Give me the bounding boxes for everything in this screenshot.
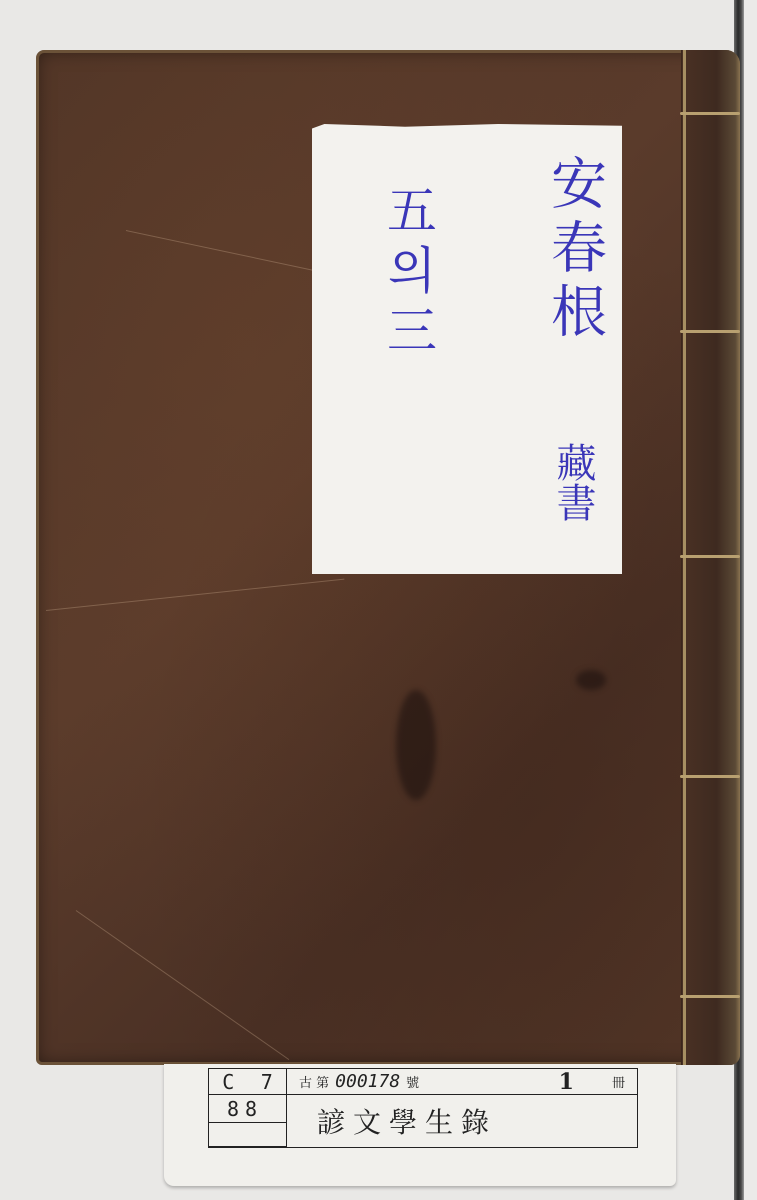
- call-number-row-2: 88: [209, 1095, 287, 1123]
- binding-thread: [680, 330, 740, 333]
- catalog-slip: C 7 古 第 000178 號 1 冊 88 諺文學生錄: [164, 1064, 676, 1186]
- binding-thread: [680, 775, 740, 778]
- book-title: 諺文學生錄: [287, 1095, 637, 1147]
- cover-stain: [576, 670, 606, 690]
- catalog-number: 000178: [335, 1071, 400, 1092]
- volume-handwriting: 五의三: [372, 184, 444, 364]
- catalog-number-suffix: 號: [406, 1072, 419, 1091]
- book-spine-binding: [681, 50, 740, 1065]
- call-number-row-3: [209, 1123, 287, 1147]
- cover-crease: [76, 910, 290, 1060]
- catalog-prefix: 古 第: [299, 1072, 329, 1091]
- call-number-row-1: C 7: [209, 1069, 287, 1095]
- cover-crease: [46, 579, 344, 611]
- collection-handwriting: 藏書: [545, 442, 602, 522]
- binding-thread: [680, 555, 740, 558]
- binding-thread: [680, 995, 740, 998]
- catalog-table: C 7 古 第 000178 號 1 冊 88 諺文學生錄: [208, 1068, 638, 1148]
- cover-stain: [396, 690, 436, 800]
- call-number-letter: C: [222, 1070, 234, 1094]
- handwritten-cover-label: 安春根 藏書 五의三: [312, 124, 622, 574]
- background-edge: [744, 0, 757, 1200]
- cover-crease: [126, 230, 341, 277]
- call-number-digit: 7: [261, 1070, 273, 1094]
- catalog-number-row: 古 第 000178 號 1 冊: [287, 1069, 637, 1095]
- binding-thread: [680, 112, 740, 115]
- owner-name-handwriting: 安春根: [546, 154, 602, 346]
- volume-unit: 冊: [612, 1072, 625, 1091]
- volume-count: 1: [559, 1069, 574, 1095]
